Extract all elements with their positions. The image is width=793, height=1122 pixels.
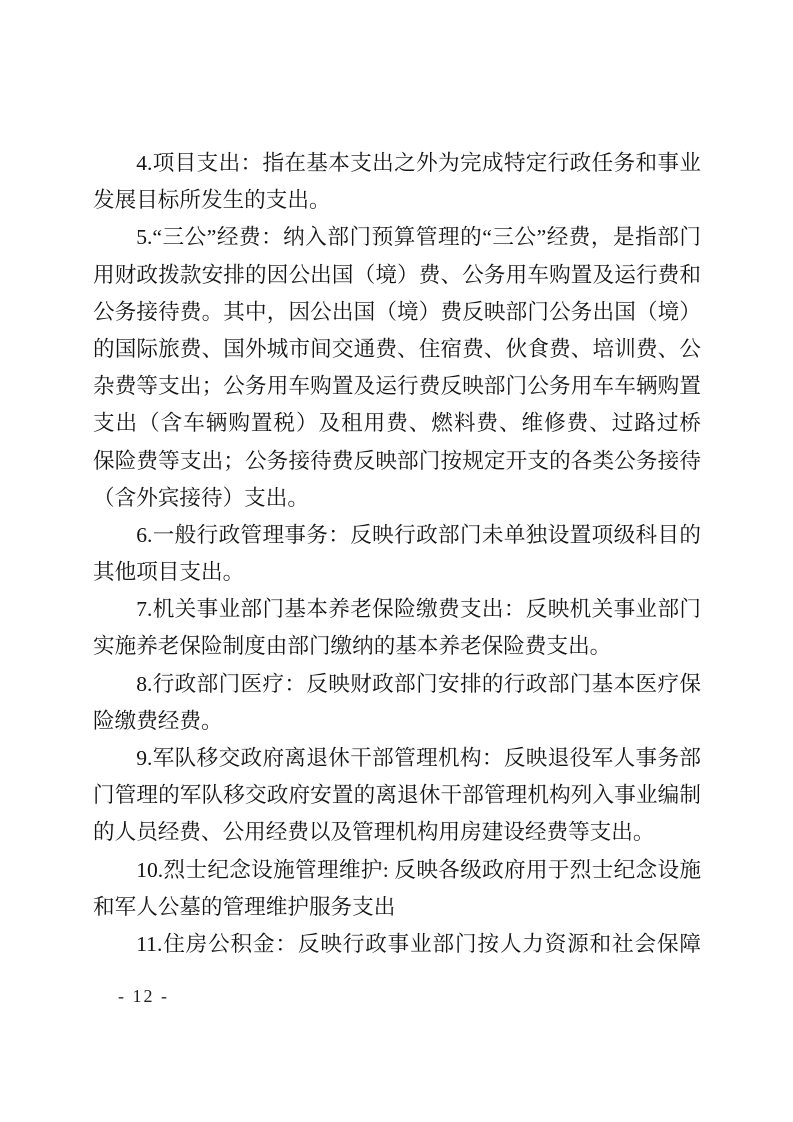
text-line: 实施养老保险制度由部门缴纳的基本养老保险费支出。 (93, 628, 701, 665)
text-line: 发展目标所发生的支出。 (93, 182, 701, 219)
text-line: 9.军队移交政府离退休干部管理机构：反映退役军人事务部 (93, 740, 701, 777)
text-line: 6.一般行政管理事务：反映行政部门未单独设置项级科目的 (93, 517, 701, 554)
text-line: 4.项目支出：指在基本支出之外为完成特定行政任务和事业 (93, 145, 701, 182)
text-line: 杂费等支出；公务用车购置及运行费反映部门公务用车车辆购置 (93, 368, 701, 405)
text-line: 和军人公墓的管理维护服务支出 (93, 889, 701, 926)
text-line: 门管理的军队移交政府安置的离退休干部管理机构列入事业编制 (93, 777, 701, 814)
page-number: - 12 - (118, 986, 169, 1007)
text-line: （含外宾接待）支出。 (93, 480, 701, 517)
text-line: 的人员经费、公用经费以及管理机构用房建设经费等支出。 (93, 814, 701, 851)
text-line: 5.“三公”经费：纳入部门预算管理的“三公”经费，是指部门 (93, 219, 701, 256)
text-line: 8.行政部门医疗：反映财政部门安排的行政部门基本医疗保 (93, 666, 701, 703)
text-line: 支出（含车辆购置税）及租用费、燃料费、维修费、过路过桥费、 (93, 405, 701, 442)
text-line: 其他项目支出。 (93, 554, 701, 591)
text-line: 保险费等支出；公务接待费反映部门按规定开支的各类公务接待 (93, 443, 701, 480)
document-body: 4.项目支出：指在基本支出之外为完成特定行政任务和事业 发展目标所发生的支出。 … (93, 145, 701, 963)
text-line: 7.机关事业部门基本养老保险缴费支出：反映机关事业部门 (93, 591, 701, 628)
text-line: 用财政拨款安排的因公出国（境）费、公务用车购置及运行费和 (93, 257, 701, 294)
document-page: 4.项目支出：指在基本支出之外为完成特定行政任务和事业 发展目标所发生的支出。 … (0, 0, 793, 1122)
text-line: 险缴费经费。 (93, 703, 701, 740)
text-line: 的国际旅费、国外城市间交通费、住宿费、伙食费、培训费、公 (93, 331, 701, 368)
text-line: 11.住房公积金：反映行政事业部门按人力资源和社会保障 (93, 926, 701, 963)
text-line: 公务接待费。其中，因公出国（境）费反映部门公务出国（境） (93, 294, 701, 331)
text-line: 10.烈士纪念设施管理维护: 反映各级政府用于烈士纪念设施 (93, 852, 701, 889)
